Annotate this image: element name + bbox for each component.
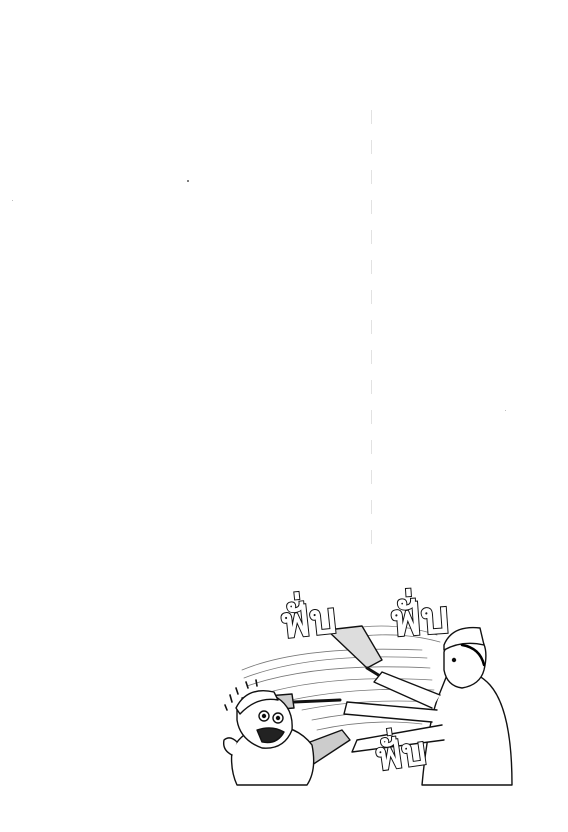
ink-speck — [505, 410, 506, 411]
sound-effect-text: ฟั่บ — [278, 597, 338, 645]
chef-arm-middle — [344, 702, 437, 722]
ink-speck — [12, 200, 13, 201]
bleed-through-gutter-line — [371, 110, 372, 560]
ink-speck — [187, 180, 189, 182]
sound-effect-text: ฟั่บ — [389, 596, 451, 644]
manga-page: ฟั่บ ฟั่บ ฟั่บ — [0, 0, 568, 832]
cleaver-chef-illustration — [222, 590, 520, 790]
sound-effect-text: ฟั่บ — [373, 732, 429, 777]
